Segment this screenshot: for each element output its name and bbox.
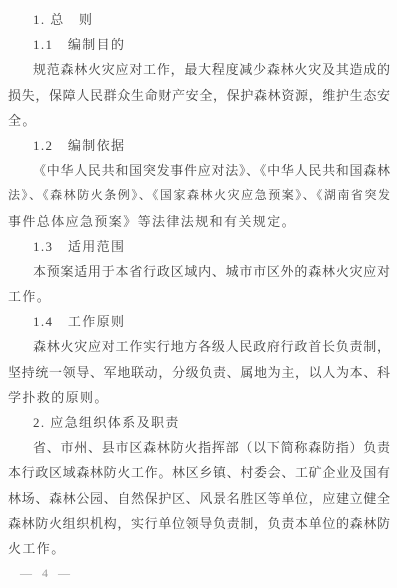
para-purpose-line-1: 规范森林火灾应对工作，最大程度减少森林火灾及其造成的 xyxy=(8,57,390,82)
para-purpose-line-2: 损失，保障人民群众生命财产安全，保护森林资源，维护生态安 xyxy=(8,83,390,108)
heading-chapter-2: 2. 应急组织体系及职责 xyxy=(8,410,390,435)
para-organization-line-4: 森林防火组织机构，实行单位领导负责制，负责本单位的森林防 xyxy=(8,511,390,536)
para-organization-line-5: 火工作。 xyxy=(8,536,390,561)
para-organization-line-2: 本行政区域森林防火工作。林区乡镇、村委会、工矿企业及国有 xyxy=(8,460,390,485)
para-basis-line-2: 法》、《森林防火条例》、《国家森林火灾应急预案》、《湖南省突发 xyxy=(8,183,390,208)
heading-chapter-1: 1. 总 则 xyxy=(8,7,390,32)
document-page: 1. 总 则 1.1 编制目的 规范森林火灾应对工作，最大程度减少森林火灾及其造… xyxy=(0,0,397,588)
para-principles-line-3: 学扑救的原则。 xyxy=(8,385,390,410)
para-scope-line-1: 本预案适用于本省行政区域内、城市市区外的森林火灾应对 xyxy=(8,259,390,284)
heading-section-1-3: 1.3 适用范围 xyxy=(8,234,390,259)
para-organization-line-3: 林场、森林公园、自然保护区、风景名胜区等单位，应建立健全 xyxy=(8,486,390,511)
para-basis-line-1: 《中华人民共和国突发事件应对法》、《中华人民共和国森林 xyxy=(8,158,390,183)
page-number: — 4 — xyxy=(8,561,390,586)
para-purpose-line-3: 全。 xyxy=(8,108,390,133)
heading-section-1-2: 1.2 编制依据 xyxy=(8,133,390,158)
para-organization-line-1: 省、市州、县市区森林防火指挥部（以下简称森防指）负责 xyxy=(8,435,390,460)
para-principles-line-1: 森林火灾应对工作实行地方各级人民政府行政首长负责制， xyxy=(8,334,390,359)
heading-section-1-1: 1.1 编制目的 xyxy=(8,32,390,57)
para-principles-line-2: 坚持统一领导、军地联动，分级负责、属地为主，以人为本、科 xyxy=(8,360,390,385)
heading-section-1-4: 1.4 工作原则 xyxy=(8,309,390,334)
para-scope-line-2: 工作。 xyxy=(8,284,390,309)
para-basis-line-3: 事件总体应急预案》等法律法规和有关规定。 xyxy=(8,209,390,234)
